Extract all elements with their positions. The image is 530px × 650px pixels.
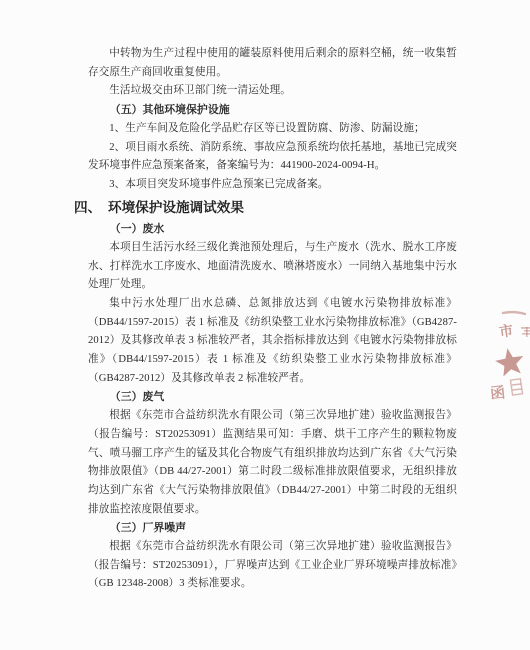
seal-border-arc xyxy=(503,312,525,314)
paragraph-domestic-waste: 生活垃圾交由环卫部门统一清运处理。 xyxy=(88,82,457,101)
heading-wastewater: （一）废水 xyxy=(88,220,457,239)
heading-boundary-noise: （三）厂界噪声 xyxy=(88,519,457,538)
seal-partial-glyph-top xyxy=(521,327,530,337)
seal-character-bottom: 函 xyxy=(489,383,506,402)
document-text-block: 中转物为生产过程中使用的罐装原料使用后剩余的原料空桶，统一收集暂存交原生产商回收… xyxy=(88,45,457,594)
paragraph-wastewater-2: 集中污水处理厂出水总磷、总氮排放达到《电镀水污染物排放标准》（DB44/1597… xyxy=(88,295,457,389)
paragraph-boundary-noise: 根据《东莞市合益纺织洗水有限公司（第三次异地扩建）验收监测报告》（报告编号：ST… xyxy=(88,538,457,594)
paragraph-item-3: 3、本项目突发环境事件应急预案已完成备案。 xyxy=(88,176,457,195)
paragraph-item-1: 1、生产车间及危险化学品贮存区等已设置防腐、防渗、防漏设施； xyxy=(88,120,457,139)
heading-other-env-facilities: （五）其他环境保护设施 xyxy=(88,101,457,120)
paragraph-item-2: 2、项目雨水系统、消防系统、事故应急预系统均依托基地，基地已完成突发环境事件应急… xyxy=(88,139,457,176)
paragraph-wastewater-1: 本项目生活污水经三级化粪池预处理后，与生产废水（洗水、脱水工序废水、打样洗水工序… xyxy=(88,239,457,295)
seal-star-icon xyxy=(495,348,523,376)
paragraph-waste-gas: 根据《东莞市合益纺织洗水有限公司（第三次异地扩建）验收监测报告》（报告编号：ST… xyxy=(88,407,457,519)
heading-waste-gas: （三）废气 xyxy=(88,388,457,407)
paragraph-transfer-materials: 中转物为生产过程中使用的罐装原料使用后剩余的原料空桶，统一收集暂存交原生产商回收… xyxy=(88,45,457,82)
seal-partial-glyph-bottom xyxy=(511,379,523,395)
seal-character-top: 市 xyxy=(498,322,514,341)
document-page: 中转物为生产过程中使用的罐装原料使用后剩余的原料空桶，统一收集暂存交原生产商回收… xyxy=(0,0,530,650)
heading-section-4: 四、 环境保护设施调试效果 xyxy=(74,198,457,219)
official-seal-stamp: 市 函 xyxy=(450,295,530,425)
